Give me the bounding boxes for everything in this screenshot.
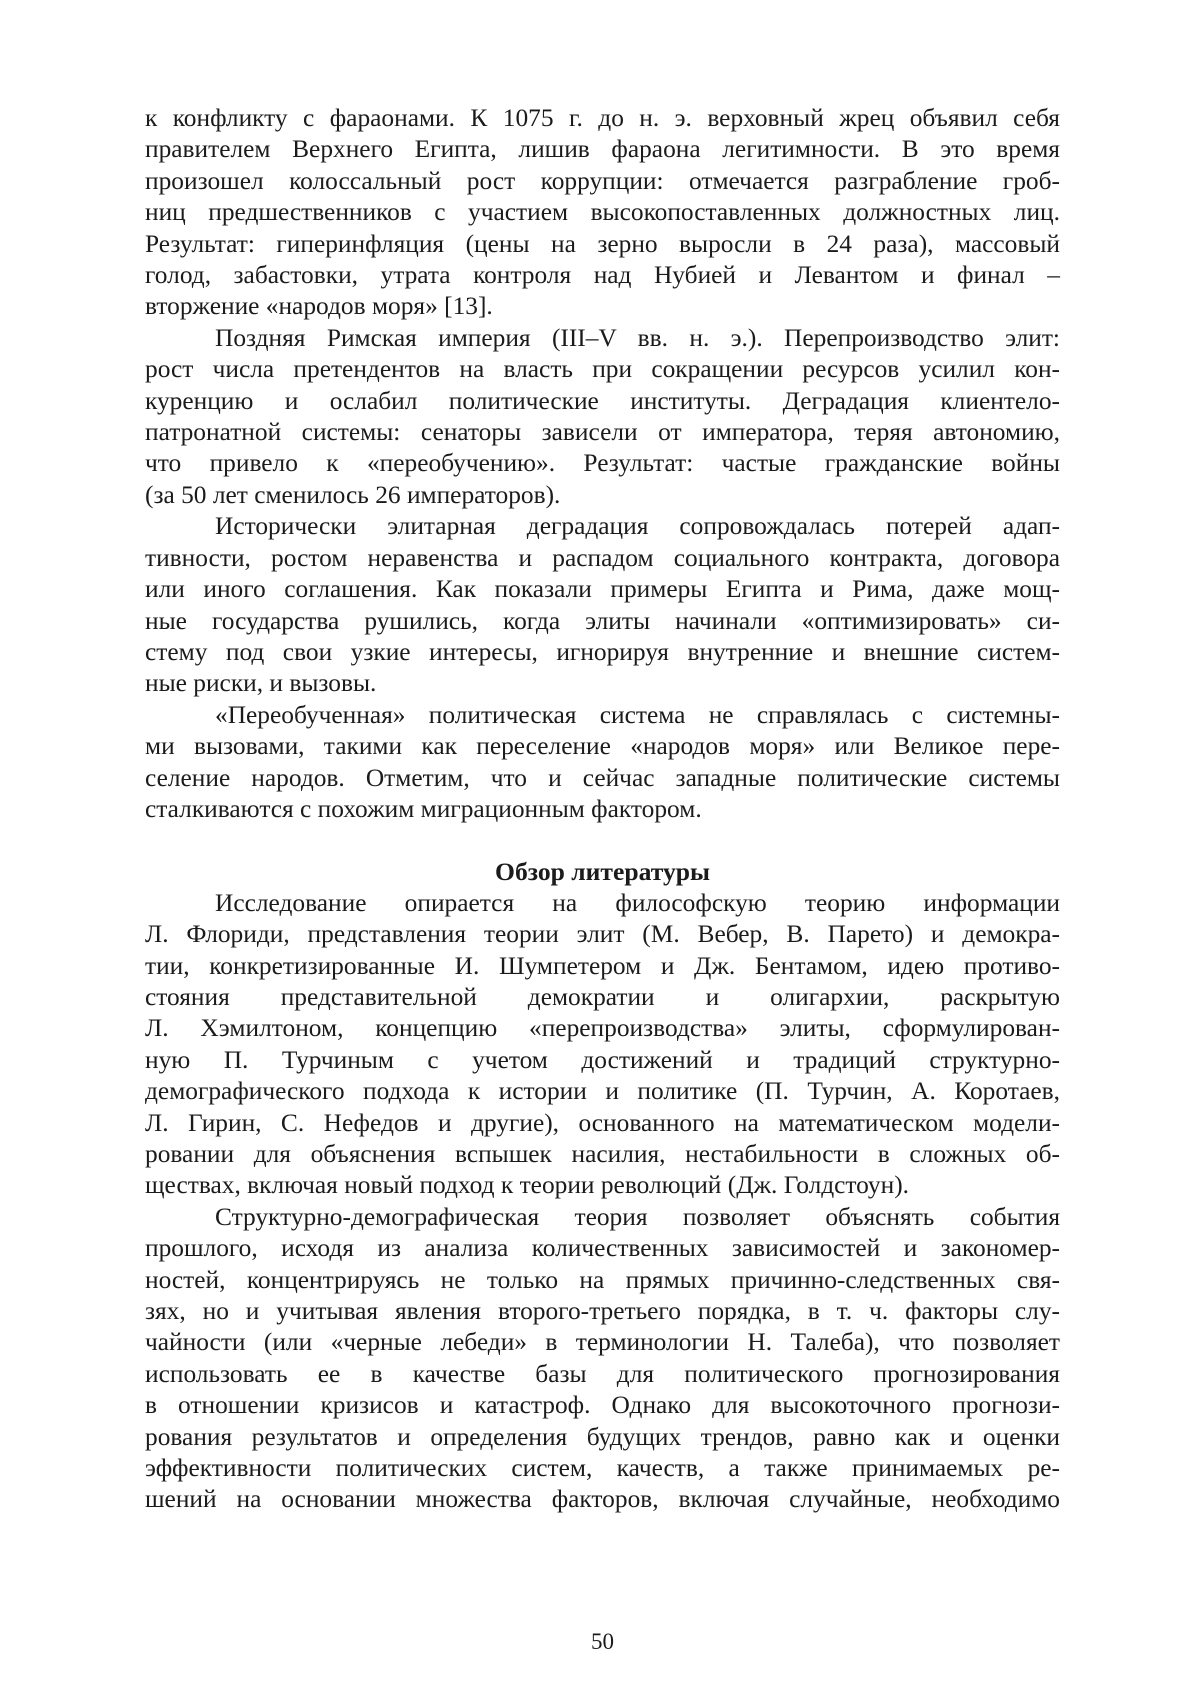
text-line: ровании для объяснения вспышек насилия, …: [145, 1139, 1060, 1170]
text-line: патронатной системы: сенаторы зависели о…: [145, 417, 1060, 448]
text-line: Исторически элитарная деградация сопрово…: [145, 511, 1060, 542]
text-line: Л. Флориди, представления теории элит (М…: [145, 919, 1060, 950]
text-line: произошел колоссальный рост коррупции: о…: [145, 166, 1060, 197]
text-line: зях, но и учитывая явления второго-треть…: [145, 1296, 1060, 1327]
text-line: ностей, концентрируясь не только на прям…: [145, 1265, 1060, 1296]
text-line: стояния представительной демократии и ол…: [145, 982, 1060, 1013]
text-line: Структурно-демографическая теория позвол…: [145, 1202, 1060, 1233]
document-page: к конфликту с фараонами. К 1075 г. до н.…: [0, 0, 1200, 1698]
text-line: ниц предшественников с участием высокопо…: [145, 197, 1060, 228]
section-heading: Обзор литературы: [145, 856, 1060, 887]
text-line: или иного соглашения. Как показали приме…: [145, 574, 1060, 605]
page-number: 50: [145, 1628, 1060, 1656]
text-line: стему под свои узкие интересы, игнорируя…: [145, 637, 1060, 668]
text-line: тивности, ростом неравенства и распадом …: [145, 543, 1060, 574]
text-line: прошлого, исходя из анализа количественн…: [145, 1233, 1060, 1264]
text-line: рования результатов и определения будущи…: [145, 1422, 1060, 1453]
text-line: в отношении кризисов и катастроф. Однако…: [145, 1390, 1060, 1421]
text-line: демографического подхода к истории и пол…: [145, 1076, 1060, 1107]
text-line: Л. Гирин, С. Нефедов и другие), основанн…: [145, 1108, 1060, 1139]
paragraph: Исследование опирается на философскую те…: [145, 888, 1060, 1202]
text-line: правителем Верхнего Египта, лишив фараон…: [145, 134, 1060, 165]
text-line: Л. Хэмилтоном, концепцию «перепроизводст…: [145, 1013, 1060, 1044]
text-line: шений на основании множества факторов, в…: [145, 1484, 1060, 1515]
text-line: вторжение «народов моря» [13].: [145, 291, 1060, 322]
text-line: селение народов. Отметим, что и сейчас з…: [145, 763, 1060, 794]
text-line: тии, конкретизированные И. Шумпетером и …: [145, 951, 1060, 982]
paragraph-continuation: к конфликту с фараонами. К 1075 г. до н.…: [145, 103, 1060, 323]
text-line: (за 50 лет сменилось 26 императоров).: [145, 480, 1060, 511]
paragraph: Исторически элитарная деградация сопрово…: [145, 511, 1060, 699]
text-line: чайности (или «черные лебеди» в терминол…: [145, 1327, 1060, 1358]
text-block: к конфликту с фараонами. К 1075 г. до н.…: [145, 103, 1060, 1516]
text-line: ми вызовами, такими как переселение «нар…: [145, 731, 1060, 762]
paragraph: «Переобученная» политическая система не …: [145, 700, 1060, 826]
text-line: Поздняя Римская империя (III–V вв. н. э.…: [145, 323, 1060, 354]
text-line: рост числа претендентов на власть при со…: [145, 354, 1060, 385]
text-line: к конфликту с фараонами. К 1075 г. до н.…: [145, 103, 1060, 134]
paragraph: Структурно-демографическая теория позвол…: [145, 1202, 1060, 1516]
text-line: ную П. Турчиным с учетом достижений и тр…: [145, 1045, 1060, 1076]
text-line: использовать ее в качестве базы для поли…: [145, 1359, 1060, 1390]
paragraph: Поздняя Римская империя (III–V вв. н. э.…: [145, 323, 1060, 511]
text-line: эффективности политических систем, качес…: [145, 1453, 1060, 1484]
text-line: Исследование опирается на философскую те…: [145, 888, 1060, 919]
text-line: голод, забастовки, утрата контроля над Н…: [145, 260, 1060, 291]
text-line: «Переобученная» политическая система не …: [145, 700, 1060, 731]
text-line: ные риски, и вызовы.: [145, 668, 1060, 699]
text-line: ные государства рушились, когда элиты на…: [145, 606, 1060, 637]
text-line: сталкиваются с похожим миграционным факт…: [145, 794, 1060, 825]
text-line: куренцию и ослабил политические институт…: [145, 386, 1060, 417]
text-line: ществах, включая новый подход к теории р…: [145, 1170, 1060, 1201]
text-line: Результат: гиперинфляция (цены на зерно …: [145, 229, 1060, 260]
text-line: что привело к «переобучению». Результат:…: [145, 448, 1060, 479]
